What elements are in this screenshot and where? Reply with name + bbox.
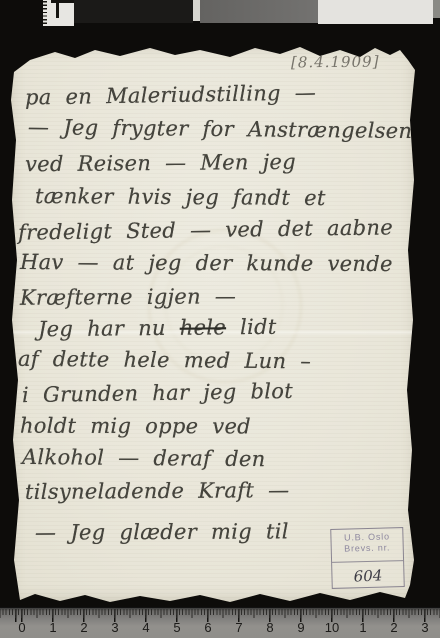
- ruler-number: 6: [204, 620, 211, 635]
- ruler-number: 3: [111, 620, 118, 635]
- ruler-number: 10: [325, 620, 339, 635]
- calibration-gray-patch: [200, 0, 318, 23]
- handwritten-line-3: ved Reisen — Men jeg: [25, 150, 296, 176]
- handwritten-line-6: Hav — at jeg der kunde vende: [20, 250, 393, 276]
- calibration-black-patch: [74, 0, 193, 23]
- calibration-cross-horizontal: [51, 0, 74, 3]
- handwritten-line-14: — Jeg glæder mig til: [35, 519, 289, 544]
- archivist-date-annotation: [8.4.1909]: [291, 53, 380, 72]
- ruler-number: 2: [390, 620, 397, 635]
- ruler-number: 8: [266, 620, 273, 635]
- archive-stamp-series: Brevs. nr.: [332, 542, 403, 555]
- handwritten-line-10: i Grunden har jeg blot: [22, 379, 293, 407]
- letter-page: [8.4.1909] pa en Maleriudstilling — — Je…: [8, 44, 418, 602]
- handwritten-line-7: Kræfterne igjen —: [20, 284, 236, 310]
- handwritten-line-8-pre: Jeg har nu: [38, 316, 166, 341]
- calibration-white-patch: [318, 0, 433, 24]
- handwritten-line-13: tilsyneladende Kraft —: [25, 478, 290, 504]
- ruler-number: 2: [80, 620, 87, 635]
- archive-stamp: U.B. Oslo Brevs. nr. 604: [330, 527, 405, 589]
- ruler-number: 7: [235, 620, 242, 635]
- ruler-mm-ticks: [0, 609, 440, 615]
- handwritten-line-1: pa en Maleriudstilling —: [25, 80, 316, 109]
- archive-stamp-number: 604: [332, 560, 404, 586]
- handwritten-line-5: fredeligt Sted — ved det aabne: [18, 215, 393, 244]
- scanned-letter-photograph: [8.4.1909] pa en Maleriudstilling — — Je…: [0, 0, 440, 638]
- archive-stamp-header: U.B. Oslo Brevs. nr.: [331, 528, 403, 563]
- struck-word: hele: [180, 315, 227, 339]
- calibration-gray-sliver: [433, 0, 440, 18]
- ruler-number: 3: [421, 620, 428, 635]
- handwritten-line-9: af dette hele med Lun –: [18, 347, 311, 374]
- ruler-number: 5: [173, 620, 180, 635]
- ruler-number: 0: [18, 620, 25, 635]
- handwritten-line-4: tænker hvis jeg fandt et: [35, 184, 326, 210]
- handwritten-line-12: Alkohol — deraf den: [22, 445, 266, 471]
- ruler-number: 1: [359, 620, 366, 635]
- handwritten-line-11: holdt mig oppe ved: [20, 414, 251, 439]
- ruler-number: 9: [297, 620, 304, 635]
- ruler-number: 4: [142, 620, 149, 635]
- calibration-cross-vertical: [56, 0, 59, 18]
- calibration-scale-fragment: [43, 0, 74, 26]
- ruler-number: 1: [49, 620, 56, 635]
- handwritten-line-8-post: lidt: [240, 315, 277, 339]
- calibration-tick-marks: [43, 1, 47, 25]
- handwritten-line-2: — Jeg frygter for Anstrængelsen: [28, 115, 413, 143]
- handwritten-line-8: Jeg har nu hele lidt: [38, 315, 277, 341]
- calibration-white-strip: [193, 0, 200, 21]
- measurement-ruler: 0 1 2 3 4 5 6 7 8 9 10 1 2 3: [0, 607, 440, 638]
